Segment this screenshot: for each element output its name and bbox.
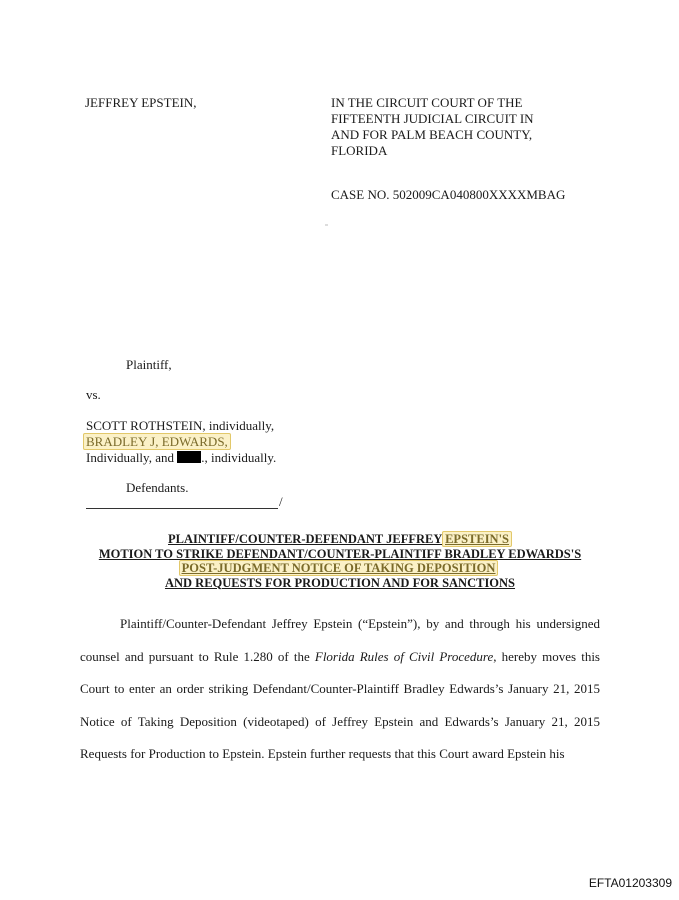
bates-number: EFTA01203309 xyxy=(589,876,672,890)
versus-label: vs. xyxy=(86,387,101,403)
defendant-line: SCOTT ROTHSTEIN, individually, xyxy=(86,418,276,434)
court-line: FLORIDA xyxy=(331,143,534,159)
defendant-line: BRADLEY J, EDWARDS, xyxy=(86,434,276,450)
defendants-list: SCOTT ROTHSTEIN, individually, BRADLEY J… xyxy=(86,418,276,466)
court-heading: IN THE CIRCUIT COURT OF THE FIFTEENTH JU… xyxy=(331,95,534,159)
signature-line xyxy=(86,494,278,509)
highlight-annotation[interactable]: BRADLEY J, EDWARDS, xyxy=(83,433,231,450)
scan-speck xyxy=(325,224,328,226)
defendant-line: Individually, and ., individually. xyxy=(86,450,276,466)
title-line: POST-JUDGMENT NOTICE OF TAKING DEPOSITIO… xyxy=(70,561,610,576)
rules-citation: Florida Rules of Civil Procedure xyxy=(315,649,493,664)
title-line: MOTION TO STRIKE DEFENDANT/COUNTER-PLAIN… xyxy=(70,547,610,562)
highlight-annotation[interactable]: EPSTEIN'S xyxy=(442,531,512,547)
redaction-block xyxy=(177,451,201,463)
court-line: AND FOR PALM BEACH COUNTY, xyxy=(331,127,534,143)
title-line: PLAINTIFF/COUNTER-DEFENDANT JEFFREY EPST… xyxy=(70,532,610,547)
signature-slash: / xyxy=(279,494,283,510)
motion-title: PLAINTIFF/COUNTER-DEFENDANT JEFFREY EPST… xyxy=(70,532,610,590)
motion-body: Plaintiff/Counter-Defendant Jeffrey Epst… xyxy=(80,608,600,771)
title-line: AND REQUESTS FOR PRODUCTION AND FOR SANC… xyxy=(70,576,610,591)
highlight-annotation[interactable]: POST-JUDGMENT NOTICE OF TAKING DEPOSITIO… xyxy=(179,560,499,576)
court-line: FIFTEENTH JUDICIAL CIRCUIT IN xyxy=(331,111,534,127)
plaintiff-caption-name: JEFFREY EPSTEIN, xyxy=(85,95,196,111)
case-number: CASE NO. 502009CA040800XXXXMBAG xyxy=(331,187,565,203)
body-paragraph: Plaintiff/Counter-Defendant Jeffrey Epst… xyxy=(80,608,600,771)
plaintiff-label: Plaintiff, xyxy=(126,357,172,373)
court-line: IN THE CIRCUIT COURT OF THE xyxy=(331,95,534,111)
